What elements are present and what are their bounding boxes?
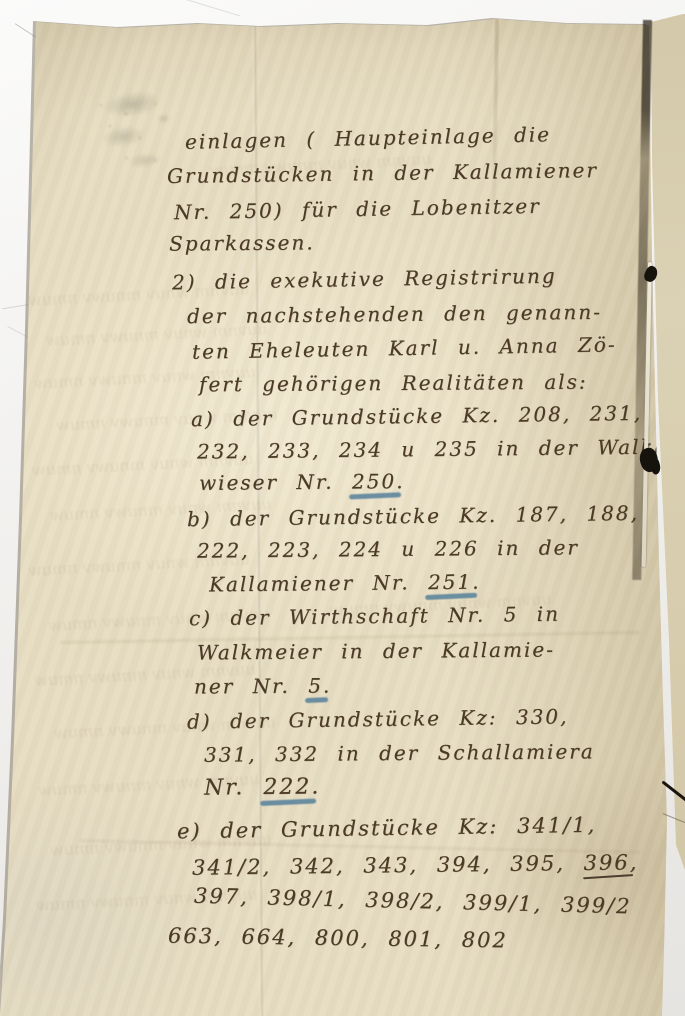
handwritten-line: wieser Nr. 250. — [199, 469, 405, 495]
handwritten-line: fert gehörigen Realitäten als: — [199, 370, 588, 397]
handwritten-line: d) der Grundstücke Kz: 330, — [187, 704, 569, 733]
handwritten-line: Sparkassen. — [169, 230, 315, 255]
handwritten-line: a) der Grundstücke Kz. 208, 231, — [191, 401, 642, 431]
handwritten-line: b) der Grundstücke Kz. 187, 188, — [187, 501, 639, 531]
underlined-number: 396 — [583, 850, 629, 875]
handwritten-line: Kallamiener Nr. 251. — [209, 570, 481, 597]
line-text: ner Nr. — [194, 674, 308, 699]
handwritten-line: Grundstücken in der Kallamiener — [167, 158, 598, 188]
photo-of-document: uuvnm wnuv mnuwv nmuw uuvnm wnuv mnuwv n… — [0, 0, 685, 1016]
line-text: Nr. — [204, 775, 264, 801]
handwritten-line: der nachstehenden den genann- — [187, 300, 602, 328]
line-text: wieser Nr. — [199, 470, 352, 495]
handwritten-line: 663, 664, 800, 801, 802 — [168, 924, 508, 953]
manuscript-page: uuvnm wnuv mnuwv nmuw uuvnm wnuv mnuwv n… — [0, 0, 685, 1016]
handwritten-line: 341/2, 342, 343, 394, 395, 396, — [192, 850, 639, 879]
handwritten-line: e) der Grundstücke Kz: 341/1, — [177, 813, 597, 844]
handwritten-line: einlagen ( Haupteinlage die — [185, 122, 551, 154]
line-text: 341/2, 342, 343, 394, 395, — [192, 851, 584, 880]
handwritten-line: 331, 332 in der Schallamiera — [204, 739, 595, 766]
line-text: . — [311, 774, 320, 799]
line-text: Kallamiener Nr. — [209, 570, 428, 596]
line-text: . — [472, 570, 481, 594]
handwritten-line: Nr. 250) für die Lobenitzer — [174, 194, 541, 224]
handwritten-line: 2) die exekutive Registrirung — [172, 264, 557, 295]
underlined-number: 5 — [308, 674, 323, 698]
line-text: , — [630, 850, 639, 874]
line-text: . — [323, 674, 332, 698]
handwritten-line: 222, 223, 224 u 226 in der — [197, 535, 579, 562]
underlined-number: 222 — [263, 774, 311, 800]
underlined-number: 251 — [428, 570, 472, 594]
underlined-number: 250 — [352, 469, 396, 493]
handwritten-line: ner Nr. 5. — [194, 674, 331, 699]
handwritten-line: 232, 233, 234 u 235 in der Walka- — [197, 434, 677, 463]
handwritten-line: Walkmeier in der Kallamie- — [197, 637, 555, 664]
handwritten-text-block: einlagen ( Haupteinlage die Grundstücken… — [0, 0, 685, 1016]
handwritten-line: ten Eheleuten Karl u. Anna Zö- — [192, 332, 617, 363]
scratch-mark — [152, 0, 240, 16]
handwritten-line: c) der Wirthschaft Nr. 5 in — [189, 602, 560, 631]
handwritten-line: 397, 398/1, 398/2, 399/1, 399/2 — [194, 884, 632, 919]
handwritten-line: Nr. 222. — [204, 774, 321, 800]
line-text: . — [396, 469, 405, 493]
